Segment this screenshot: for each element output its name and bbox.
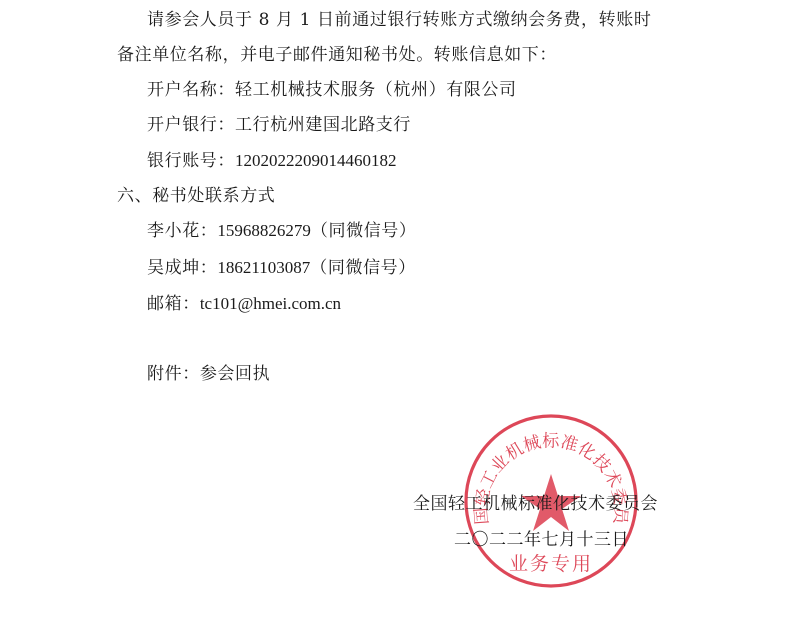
attachment-label: 附件： <box>147 364 200 384</box>
contact-row: 李小花：15968826279（同微信号） <box>147 221 417 241</box>
account-number-label: 银行账号： <box>147 151 235 171</box>
contact-note: （同微信号） <box>310 258 416 278</box>
bank-value: 工行杭州建国北路支行 <box>235 115 411 135</box>
account-name-row: 开户名称：轻工机械技术服务（杭州）有限公司 <box>147 80 517 100</box>
bank-label: 开户银行： <box>147 115 235 135</box>
signing-organization: 全国轻工机械标准化技术委员会 <box>413 494 658 514</box>
contact-name: 李小花： <box>147 221 217 241</box>
email-link[interactable]: tc101@hmei.com.cn <box>200 294 341 313</box>
payment-paragraph-line-2: 备注单位名称，并电子邮件通知秘书处。转账信息如下： <box>117 45 557 65</box>
attachment-row: 附件：参会回执 <box>147 364 270 384</box>
signing-date: 二〇二二年七月十三日 <box>454 530 629 550</box>
payment-paragraph-line-1: 请参会人员于 8 月 1 日前通过银行转账方式缴纳会务费，转账时 <box>147 10 651 30</box>
contact-name: 吴成坤： <box>147 258 217 278</box>
email-row: 邮箱：tc101@hmei.com.cn <box>147 294 341 314</box>
account-number-row: 银行账号：1202022209014460182 <box>147 151 397 171</box>
account-name-value: 轻工机械技术服务（杭州）有限公司 <box>235 80 517 100</box>
section-heading: 六、秘书处联系方式 <box>117 186 275 206</box>
contact-row: 吴成坤：18621103087（同微信号） <box>147 258 416 278</box>
contact-note: （同微信号） <box>311 221 417 241</box>
contact-phone: 18621103087 <box>217 258 310 277</box>
attachment-value: 参会回执 <box>200 364 270 384</box>
bank-row: 开户银行：工行杭州建国北路支行 <box>147 115 411 135</box>
email-label: 邮箱： <box>147 294 200 314</box>
seal-bottom-text: 业务专用 <box>509 553 593 575</box>
account-number-value: 1202022209014460182 <box>235 151 397 170</box>
contact-phone: 15968826279 <box>217 221 311 240</box>
account-name-label: 开户名称： <box>147 80 235 100</box>
